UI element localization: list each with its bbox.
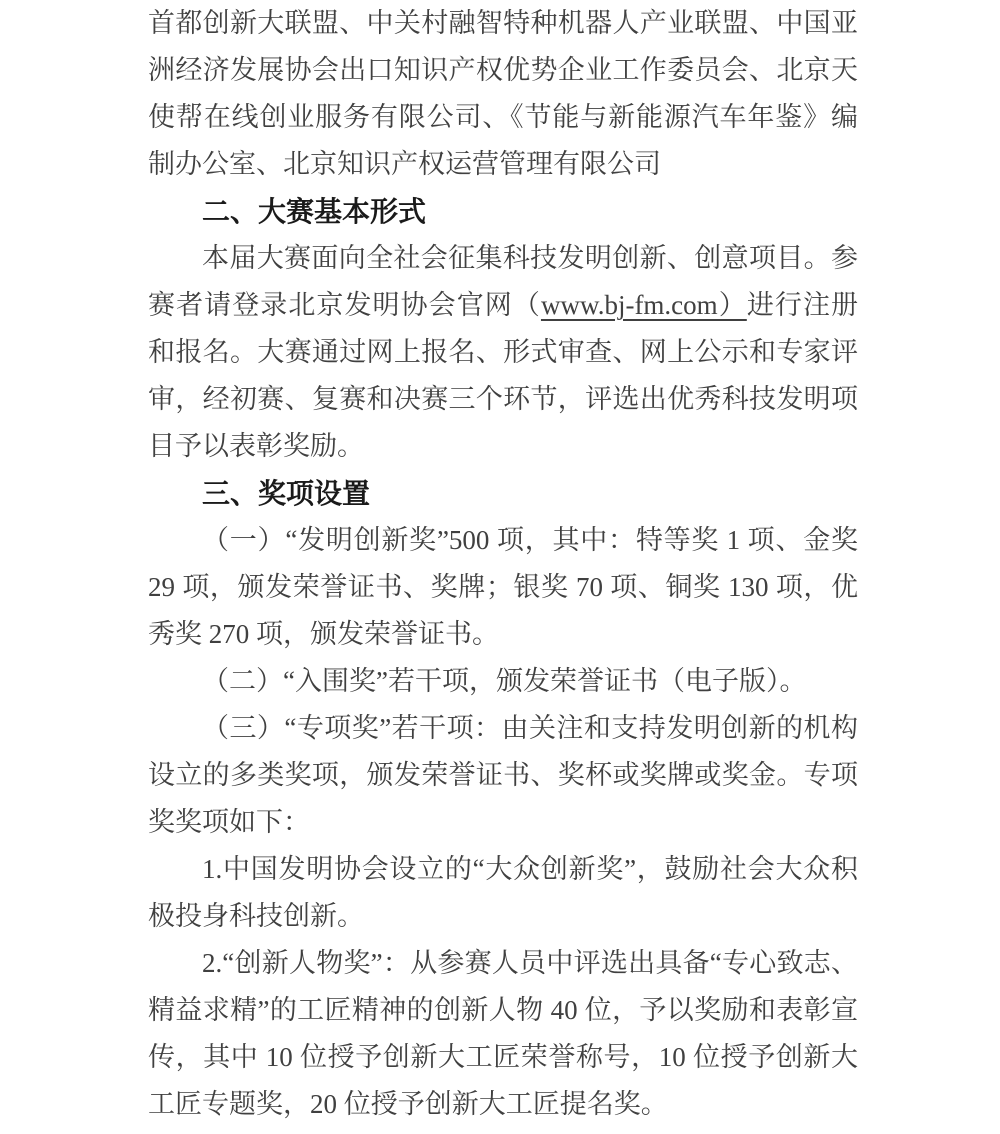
paragraph-competition-format: 本届大赛面向全社会征集科技发明创新、创意项目。参赛者请登录北京发明协会官网（ww… (148, 235, 858, 470)
paragraph-award-innovation-figure: 2.“创新人物奖”：从参赛人员中评选出具备“专心致志、精益求精”的工匠精神的创新… (148, 940, 858, 1128)
document-page: 首都创新大联盟、中关村融智特种机器人产业联盟、中国亚洲经济发展协会出口知识产权优… (0, 0, 1000, 1134)
section-heading-competition-format: 二、大赛基本形式 (148, 188, 858, 235)
section-heading-awards: 三、奖项设置 (148, 470, 858, 517)
paragraph-award-mass-innovation: 1.中国发明协会设立的“大众创新奖”，鼓励社会大众积极投身科技创新。 (148, 846, 858, 940)
paragraph-cohost-organizations: 首都创新大联盟、中关村融智特种机器人产业联盟、中国亚洲经济发展协会出口知识产权优… (148, 0, 858, 188)
paragraph-award-shortlist: （二）“入围奖”若干项，颁发荣誉证书（电子版）。 (148, 658, 858, 705)
paragraph-award-invention-innovation: （一）“发明创新奖”500 项，其中：特等奖 1 项、金奖 29 项，颁发荣誉证… (148, 517, 858, 658)
website-link[interactable]: www.bj-fm.com） (541, 290, 747, 320)
paragraph-award-special: （三）“专项奖”若干项：由关注和支持发明创新的机构设立的多类奖项，颁发荣誉证书、… (148, 705, 858, 846)
